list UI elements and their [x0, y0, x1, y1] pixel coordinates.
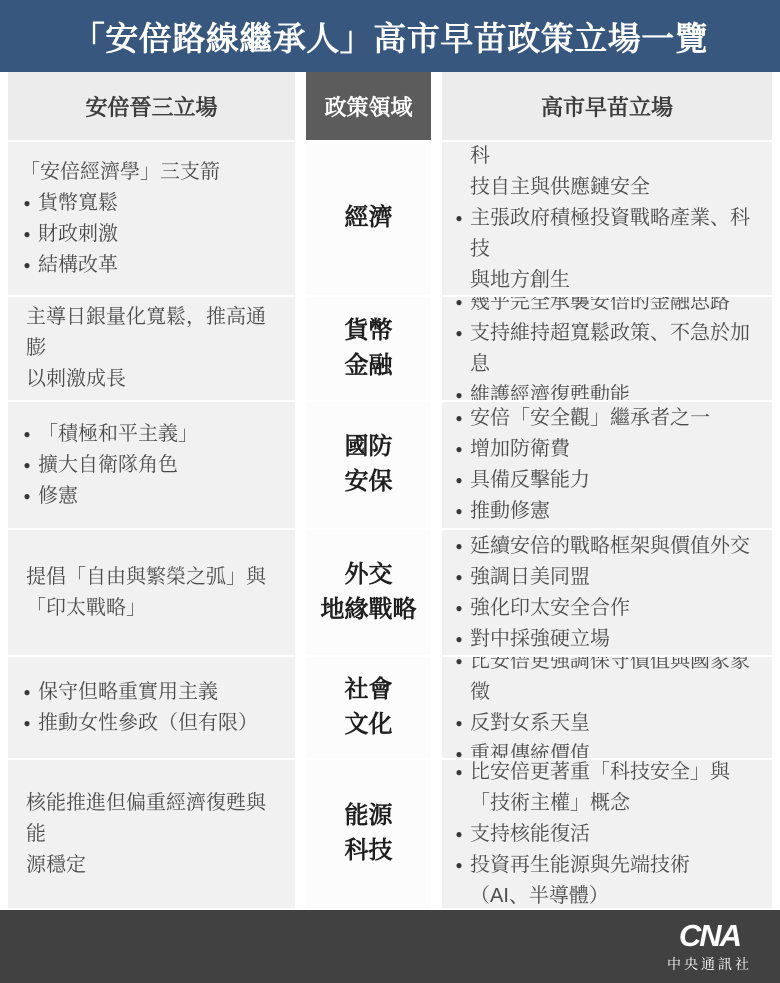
bullet-icon: ●	[16, 188, 38, 219]
bullet-text: 維護經濟復甦動能	[470, 380, 766, 401]
bullet-text: 修憲	[38, 481, 287, 512]
bullet-icon: ●	[448, 657, 470, 677]
bullet-text: 推動女性參政（但有限）	[38, 708, 287, 739]
domain-label: 能源	[345, 799, 393, 834]
list-item: ●貨幣寬鬆	[16, 188, 287, 219]
list-item: ●財政刺激	[16, 219, 287, 250]
abe-cell-economy: 「安倍經濟學」三支箭 ●貨幣寬鬆 ●財政刺激 ●結構改革	[8, 142, 295, 295]
list-item: ●強化印太安全合作	[448, 593, 766, 624]
domain-label: 地緣戰略	[321, 593, 417, 628]
bullet-text: 支持核能復活	[470, 819, 766, 850]
list-item: ●主張政府積極投資戰略產業、科技 與地方創生	[448, 203, 766, 295]
bullet-icon: ●	[448, 850, 470, 881]
bullet-text: 安倍「安全觀」繼承者之一	[470, 403, 766, 434]
bullet-icon: ●	[448, 624, 470, 655]
list-item: ●支持維持超寬鬆政策、不急於加息	[448, 318, 766, 380]
comparison-table: 安倍晉三立場 政策領域 高市早苗立場 「安倍經濟學」三支箭 ●貨幣寬鬆 ●財政刺…	[0, 72, 780, 908]
domain-label: 社會	[345, 673, 393, 708]
list-item: ●保守但略重實用主義	[16, 677, 287, 708]
domain-cell-society: 社會 文化	[306, 657, 431, 758]
bullet-icon: ●	[16, 677, 38, 708]
bullet-icon: ●	[448, 203, 470, 234]
domain-cell-defense: 國防 安保	[306, 402, 431, 528]
bullet-text: 反對女系天皇	[470, 708, 766, 739]
bullet-text: 比安倍更強調保守價值與國家象徵	[470, 657, 766, 708]
list-item: ●投資再生能源與先端技術 （AI、半導體）	[448, 850, 766, 909]
bullet-icon: ●	[16, 219, 38, 250]
bullet-text: 「積極和平主義」	[38, 419, 287, 450]
domain-label: 國防	[345, 430, 393, 465]
domain-label: 金融	[345, 349, 393, 384]
column-header-policy-domain: 政策領域	[306, 72, 431, 140]
bullet-icon: ●	[448, 531, 470, 562]
bullet-text: 精神上承襲安倍政策；但更重視科 技自主與供應鏈安全	[470, 142, 766, 203]
list-item: ●幾乎完全承襲安倍的金融思路	[448, 297, 766, 318]
bullet-icon: ●	[448, 297, 470, 318]
list-item: ●結構改革	[16, 250, 287, 281]
list-item: ●強調日美同盟	[448, 562, 766, 593]
footer-bar: CNA 中央通訊社	[0, 910, 780, 983]
bullet-icon: ●	[448, 708, 470, 739]
list-item: ●推動修憲	[448, 496, 766, 527]
list-item: ●精神上承襲安倍政策；但更重視科 技自主與供應鏈安全	[448, 142, 766, 203]
bullet-icon: ●	[448, 434, 470, 465]
list-item: ●安倍「安全觀」繼承者之一	[448, 403, 766, 434]
bullet-icon: ●	[16, 708, 38, 739]
list-item: ●修憲	[16, 481, 287, 512]
bullet-icon: ●	[448, 819, 470, 850]
bullet-icon: ●	[16, 481, 38, 512]
domain-cell-foreign: 外交 地緣戰略	[306, 530, 431, 655]
domain-label: 科技	[345, 834, 393, 869]
takaichi-cell-monetary: ●幾乎完全承襲安倍的金融思路 ●支持維持超寬鬆政策、不急於加息 ●維護經濟復甦動…	[442, 297, 772, 400]
bullet-text: 對中採強硬立場	[470, 624, 766, 655]
bullet-icon: ●	[448, 760, 470, 788]
bullet-text: 重視傳統價值	[470, 739, 766, 759]
bullet-icon: ●	[448, 318, 470, 349]
list-item: ●比安倍更著重「科技安全」與 「技術主權」概念	[448, 760, 766, 819]
bullet-text: 幾乎完全承襲安倍的金融思路	[470, 297, 766, 318]
infographic: 「安倍路線繼承人」高市早苗政策立場一覽 安倍晉三立場 政策領域 高市早苗立場 「…	[0, 0, 780, 983]
abe-cell-society: ●保守但略重實用主義 ●推動女性參政（但有限）	[8, 657, 295, 758]
abe-paragraph: 提倡「自由與繁榮之弧」與 「印太戰略」	[16, 562, 287, 624]
list-item: ●對中採強硬立場	[448, 624, 766, 655]
bullet-text: 貨幣寬鬆	[38, 188, 287, 219]
list-item: ●支持核能復活	[448, 819, 766, 850]
takaichi-cell-foreign: ●延續安倍的戰略框架與價值外交 ●強調日美同盟 ●強化印太安全合作 ●對中採強硬…	[442, 530, 772, 655]
list-item: ●延續安倍的戰略框架與價值外交	[448, 531, 766, 562]
bullet-text: 延續安倍的戰略框架與價值外交	[470, 531, 766, 562]
abe-cell-defense: ●「積極和平主義」 ●擴大自衛隊角色 ●修憲	[8, 402, 295, 528]
list-item: ●重視傳統價值	[448, 739, 766, 759]
domain-label: 外交	[345, 558, 393, 593]
title-bar: 「安倍路線繼承人」高市早苗政策立場一覽	[0, 0, 780, 72]
column-header-abe: 安倍晉三立場	[8, 72, 295, 140]
column-header-takaichi: 高市早苗立場	[442, 72, 772, 140]
bullet-text: 投資再生能源與先端技術 （AI、半導體）	[470, 850, 766, 909]
bullet-icon: ●	[448, 562, 470, 593]
bullet-text: 擴大自衛隊角色	[38, 450, 287, 481]
bullet-text: 強化印太安全合作	[470, 593, 766, 624]
cna-logo: CNA 中央通訊社	[667, 920, 752, 974]
bullet-icon: ●	[448, 496, 470, 527]
bullet-text: 強調日美同盟	[470, 562, 766, 593]
abe-cell-monetary: 主導日銀量化寬鬆，推高通膨 以刺激成長	[8, 297, 295, 400]
takaichi-cell-energy: ●比安倍更著重「科技安全」與 「技術主權」概念 ●支持核能復活 ●投資再生能源與…	[442, 760, 772, 908]
list-item: ●「積極和平主義」	[16, 419, 287, 450]
takaichi-cell-economy: ●精神上承襲安倍政策；但更重視科 技自主與供應鏈安全 ●主張政府積極投資戰略產業…	[442, 142, 772, 295]
takaichi-cell-defense: ●安倍「安全觀」繼承者之一 ●增加防衛費 ●具備反擊能力 ●推動修憲	[442, 402, 772, 528]
abe-paragraph: 核能推進但偏重經濟復甦與能 源穩定	[16, 788, 287, 881]
bullet-text: 比安倍更著重「科技安全」與 「技術主權」概念	[470, 760, 766, 819]
bullet-icon: ●	[448, 465, 470, 496]
abe-intro-economy: 「安倍經濟學」三支箭	[16, 157, 287, 188]
bullet-text: 增加防衛費	[470, 434, 766, 465]
bullet-text: 保守但略重實用主義	[38, 677, 287, 708]
list-item: ●具備反擊能力	[448, 465, 766, 496]
bullet-icon: ●	[16, 450, 38, 481]
bullet-text: 推動修憲	[470, 496, 766, 527]
list-item: ●反對女系天皇	[448, 708, 766, 739]
bullet-icon: ●	[16, 250, 38, 281]
cna-logo-caption: 中央通訊社	[667, 954, 752, 974]
abe-cell-foreign: 提倡「自由與繁榮之弧」與 「印太戰略」	[8, 530, 295, 655]
abe-cell-energy: 核能推進但偏重經濟復甦與能 源穩定	[8, 760, 295, 908]
list-item: ●比安倍更強調保守價值與國家象徵	[448, 657, 766, 708]
bullet-icon: ●	[448, 593, 470, 624]
abe-paragraph: 主導日銀量化寬鬆，推高通膨 以刺激成長	[16, 302, 287, 395]
cna-logo-text: CNA	[679, 920, 740, 951]
list-item: ●維護經濟復甦動能	[448, 380, 766, 401]
domain-label: 文化	[345, 708, 393, 743]
bullet-text: 支持維持超寬鬆政策、不急於加息	[470, 318, 766, 380]
list-item: ●擴大自衛隊角色	[16, 450, 287, 481]
page-title: 「安倍路線繼承人」高市早苗政策立場一覽	[72, 13, 709, 60]
list-item: ●增加防衛費	[448, 434, 766, 465]
domain-label: 經濟	[345, 201, 393, 236]
domain-cell-energy: 能源 科技	[306, 760, 431, 908]
domain-cell-monetary: 貨幣 金融	[306, 297, 431, 400]
bullet-text: 結構改革	[38, 250, 287, 281]
bullet-text: 具備反擊能力	[470, 465, 766, 496]
bullet-text: 主張政府積極投資戰略產業、科技 與地方創生	[470, 203, 766, 295]
bullet-icon: ●	[16, 419, 38, 450]
bullet-icon: ●	[448, 403, 470, 434]
bullet-icon: ●	[448, 739, 470, 759]
domain-label: 貨幣	[345, 314, 393, 349]
bullet-icon: ●	[448, 380, 470, 401]
domain-cell-economy: 經濟	[306, 142, 431, 295]
domain-label: 安保	[345, 465, 393, 500]
bullet-text: 財政刺激	[38, 219, 287, 250]
takaichi-cell-society: ●比安倍更強調保守價值與國家象徵 ●反對女系天皇 ●重視傳統價值	[442, 657, 772, 758]
list-item: ●推動女性參政（但有限）	[16, 708, 287, 739]
